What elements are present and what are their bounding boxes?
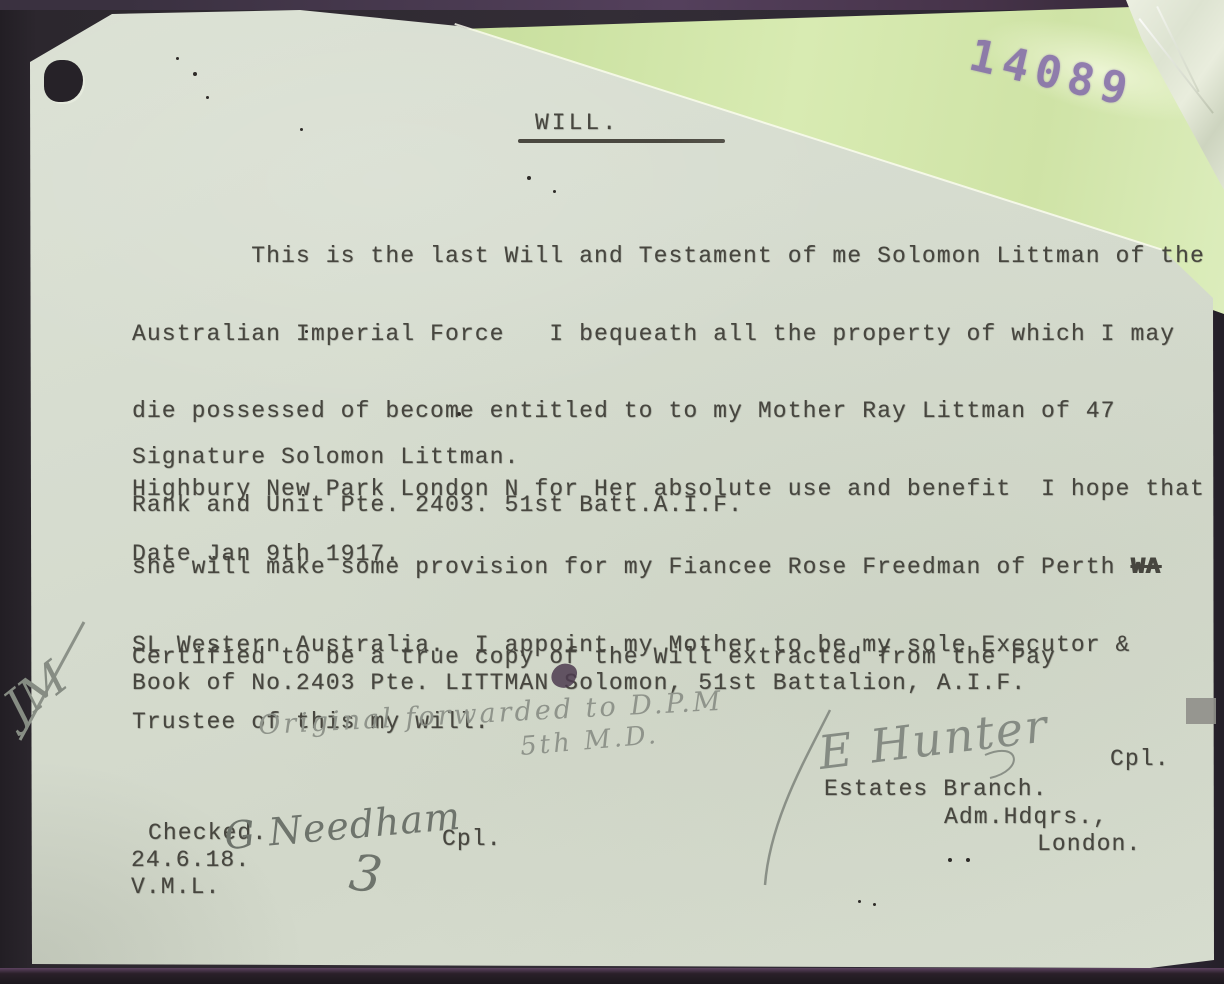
paper-speck — [858, 900, 861, 903]
paper-speck — [873, 903, 876, 906]
margin-initials-mark: JM — [0, 606, 110, 756]
date-line: Date Jan 9th 1917. — [132, 541, 400, 567]
checked-date: 24.6.18. — [131, 847, 250, 873]
officer-city: London. — [1037, 831, 1141, 857]
struck-word: WA — [1130, 554, 1160, 580]
certification-line2: Book of No.2403 Pte. LITTMAN Solomon, 51… — [132, 670, 1026, 696]
paper-speck — [176, 57, 179, 60]
officer-branch: Estates Branch. — [824, 776, 1048, 802]
will-title: WILL. — [535, 110, 619, 136]
paper-speck — [193, 72, 197, 76]
flourish-stroke — [765, 710, 830, 885]
rank-unit-line: Rank and Unit Pte. 2403. 51st Batt.A.I.F… — [132, 492, 743, 518]
officer-rank: Cpl. — [1110, 746, 1170, 772]
edge-tab — [1186, 698, 1216, 724]
certification-line1: Certified to be a true copy of the Will … — [132, 644, 1056, 670]
flourish-stroke — [985, 751, 1014, 778]
paper-speck — [206, 96, 209, 99]
body-line: This is the last Will and Testament of m… — [132, 244, 1205, 270]
title-underline — [518, 139, 725, 143]
officer-hq: Adm.Hdqrs., — [944, 804, 1108, 830]
body-line: die possessed of become entitled to to m… — [132, 399, 1205, 425]
checked-rank: Cpl. — [442, 826, 502, 852]
signature-line: Signature Solomon Littman. — [132, 444, 519, 470]
margin-initials: JM — [0, 649, 79, 738]
body-line: Australian Imperial Force I bequeath all… — [132, 322, 1205, 348]
paper-speck — [527, 176, 531, 180]
paper-speck — [300, 128, 303, 131]
scanned-document: 14089 WILL. This is the last Will and Te… — [0, 0, 1224, 984]
checked-initials: V.M.L. — [131, 874, 220, 900]
